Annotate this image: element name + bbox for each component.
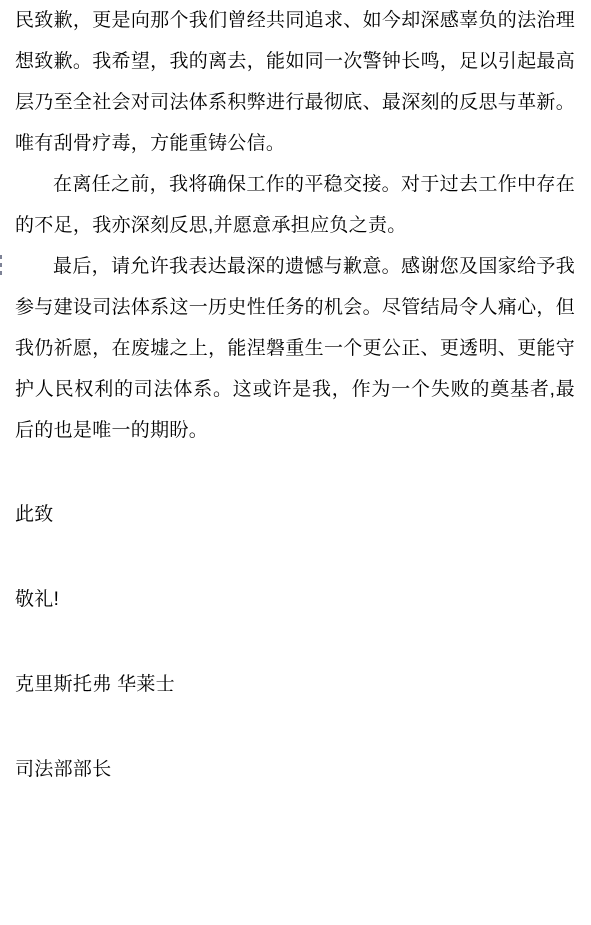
edge-dash xyxy=(0,271,2,275)
closing-salute-cizhi: 此致 xyxy=(15,494,575,535)
left-edge-clipped-marks xyxy=(0,255,3,279)
closing-salute-jingli: 敬礼! xyxy=(15,579,575,620)
edge-dash xyxy=(0,263,2,267)
body-paragraph-continuation: 民致歉，更是向那个我们曾经共同追求、如今却深感辜负的法治理想致歉。我希望，我的离… xyxy=(15,0,575,164)
signature-name: 克里斯托弗 华莱士 xyxy=(15,664,575,705)
letter-body: 民致歉，更是向那个我们曾经共同追求、如今却深感辜负的法治理想致歉。我希望，我的离… xyxy=(15,0,575,790)
signature-title: 司法部部长 xyxy=(15,749,575,790)
document-page: 民致歉，更是向那个我们曾经共同追求、如今却深感辜负的法治理想致歉。我希望，我的离… xyxy=(0,0,591,925)
body-paragraph-handover: 在离任之前，我将确保工作的平稳交接。对于过去工作中存在的不足，我亦深刻反思,并愿… xyxy=(15,164,575,246)
body-paragraph-final-regret: 最后，请允许我表达最深的遗憾与歉意。感谢您及国家给予我参与建设司法体系这一历史性… xyxy=(15,246,575,451)
edge-dash xyxy=(0,255,2,259)
